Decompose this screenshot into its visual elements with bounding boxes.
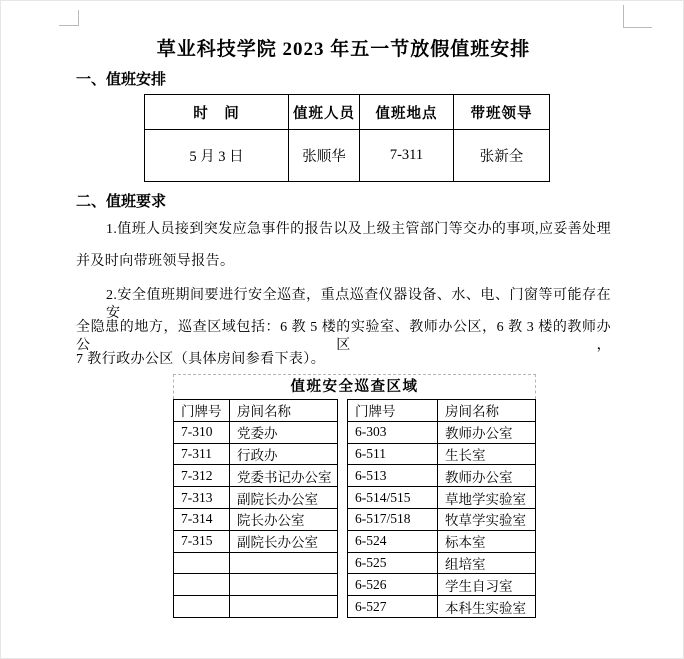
patrol-right-table: 门牌号 房间名称 6-303 教师办公室 6-511 生长室 6-513 教师办…	[347, 399, 536, 618]
cell-room-name: 党委书记办公室	[230, 465, 338, 487]
cell-room-id: 6-526	[348, 574, 438, 596]
table-row: 6-525 组培室	[348, 552, 536, 574]
table-row: 7-313 副院长办公室	[174, 487, 338, 509]
duty-header-leader: 带班领导	[454, 95, 550, 130]
cell-room-id	[174, 552, 230, 574]
table-row: 6-517/518 牧草学实验室	[348, 508, 536, 530]
cell-room-name: 本科生实验室	[438, 596, 536, 618]
cell-room-name: 标本室	[438, 530, 536, 552]
cell-room-id	[174, 596, 230, 618]
cell-room-name	[230, 596, 338, 618]
duty-table-row: 5 月 3 日 张顺华 7-311 张新全	[145, 130, 550, 182]
cell-room-name: 党委办	[230, 421, 338, 443]
table-row: 6-524 标本室	[348, 530, 536, 552]
cell-room-name: 院长办公室	[230, 508, 338, 530]
table-row-empty	[174, 596, 338, 618]
document-title: 草业科技学院 2023 年五一节放假值班安排	[76, 34, 611, 61]
cell-room-id: 6-511	[348, 443, 438, 465]
table-row: 7-310 党委办	[174, 421, 338, 443]
requirement-2-line-1: 2.安全值班期间要进行安全巡查，重点巡查仪器设备、水、电、门窗等可能存在安	[106, 287, 611, 323]
cell-room-name: 草地学实验室	[438, 487, 536, 509]
duty-cell-place: 7-311	[360, 130, 454, 182]
patrol-left-header-id: 门牌号	[174, 400, 230, 422]
patrol-left-header-name: 房间名称	[230, 400, 338, 422]
patrol-right-header-name: 房间名称	[438, 400, 536, 422]
table-row: 7-315 副院长办公室	[174, 530, 338, 552]
duty-schedule-table: 时 间 值班人员 值班地点 带班领导 5 月 3 日 张顺华 7-311 张新全	[144, 94, 550, 182]
cell-room-id: 7-314	[174, 508, 230, 530]
cell-room-id: 7-312	[174, 465, 230, 487]
cell-room-id: 7-315	[174, 530, 230, 552]
margin-mark-top-right-icon	[623, 5, 652, 28]
patrol-right-header-row: 门牌号 房间名称	[348, 400, 536, 422]
cell-room-id	[174, 574, 230, 596]
cell-room-name	[230, 552, 338, 574]
cell-room-name: 教师办公室	[438, 421, 536, 443]
duty-header-place: 值班地点	[360, 95, 454, 130]
cell-room-name: 副院长办公室	[230, 530, 338, 552]
section-2-heading: 二、值班要求	[76, 190, 166, 211]
cell-room-name: 学生自习室	[438, 574, 536, 596]
table-row-empty	[174, 574, 338, 596]
cell-room-name	[230, 574, 338, 596]
table-row: 6-511 生长室	[348, 443, 536, 465]
cell-room-id: 7-311	[174, 443, 230, 465]
cell-room-name: 生长室	[438, 443, 536, 465]
table-row: 7-311 行政办	[174, 443, 338, 465]
patrol-right-header-id: 门牌号	[348, 400, 438, 422]
cell-room-id: 7-310	[174, 421, 230, 443]
cell-room-id: 6-513	[348, 465, 438, 487]
table-row: 6-513 教师办公室	[348, 465, 536, 487]
cell-room-name: 牧草学实验室	[438, 508, 536, 530]
table-row: 7-312 党委书记办公室	[174, 465, 338, 487]
patrol-table-body: 门牌号 房间名称 7-310 党委办 7-311 行政办 7-312 党委书记办…	[173, 399, 536, 618]
margin-mark-top-left-icon	[59, 10, 79, 26]
section-1-heading: 一、值班安排	[76, 68, 166, 89]
requirement-1-line-1: 1.值班人员接到突发应急事件的报告以及上级主管部门等交办的事项,应妥善处理	[106, 221, 611, 239]
duty-header-person: 值班人员	[289, 95, 360, 130]
cell-room-id: 6-517/518	[348, 508, 438, 530]
patrol-table-title: 值班安全巡查区域	[173, 374, 536, 399]
table-row: 6-526 学生自习室	[348, 574, 536, 596]
cell-room-id: 6-514/515	[348, 487, 438, 509]
requirement-2-line-2: 全隐患的地方，巡查区域包括：6 教 5 楼的实验室、教师办公区，6 教 3 楼的…	[76, 319, 611, 355]
table-row-empty	[174, 552, 338, 574]
duty-cell-time: 5 月 3 日	[145, 130, 289, 182]
patrol-left-header-row: 门牌号 房间名称	[174, 400, 338, 422]
document-page: 草业科技学院 2023 年五一节放假值班安排 一、值班安排 时 间 值班人员 值…	[0, 0, 684, 659]
cell-room-name: 教师办公室	[438, 465, 536, 487]
cell-room-id: 6-527	[348, 596, 438, 618]
table-row: 6-303 教师办公室	[348, 421, 536, 443]
patrol-left-table: 门牌号 房间名称 7-310 党委办 7-311 行政办 7-312 党委书记办…	[173, 399, 338, 618]
cell-room-id: 6-525	[348, 552, 438, 574]
cell-room-id: 7-313	[174, 487, 230, 509]
table-row: 6-527 本科生实验室	[348, 596, 536, 618]
requirement-1-line-2: 并及时向带班领导报告。	[76, 253, 234, 271]
cell-room-id: 6-524	[348, 530, 438, 552]
duty-table-header-row: 时 间 值班人员 值班地点 带班领导	[145, 95, 550, 130]
cell-room-id: 6-303	[348, 421, 438, 443]
table-row: 7-314 院长办公室	[174, 508, 338, 530]
duty-cell-leader: 张新全	[454, 130, 550, 182]
patrol-area-table: 值班安全巡查区域 门牌号 房间名称 7-310 党委办 7-311 行政办	[173, 374, 536, 618]
cell-room-name: 行政办	[230, 443, 338, 465]
duty-header-time: 时 间	[145, 95, 289, 130]
cell-room-name: 组培室	[438, 552, 536, 574]
cell-room-name: 副院长办公室	[230, 487, 338, 509]
duty-cell-person: 张顺华	[289, 130, 360, 182]
requirement-2-line-3: 7 教行政办公区（具体房间参看下表）。	[76, 351, 325, 369]
table-row: 6-514/515 草地学实验室	[348, 487, 536, 509]
